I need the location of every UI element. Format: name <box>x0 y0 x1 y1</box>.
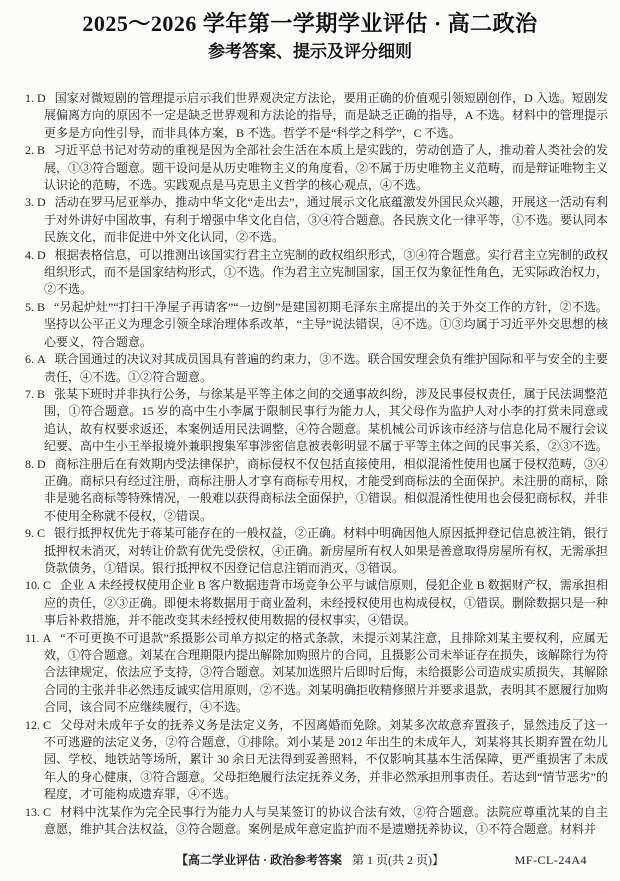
page-footer: 【高二学业评估 · 政治参考答案第 1 页(共 2 页)】 MF-CL-24A4 <box>0 852 620 868</box>
question-number: 2. <box>25 143 34 157</box>
answer-item: 10.C企业 A 未经授权使用企业 B 客户数据违背市场竞争公平与诚信原则，侵犯… <box>25 577 608 629</box>
question-number: 11. <box>25 631 40 645</box>
answer-explanation: 商标注册后在有效期内受法律保护，商标侵权不仅包括直接使用，相似混淆性使用也属于侵… <box>44 457 608 523</box>
answer-item: 11.A“不可更换不可退款”系摄影公司单方拟定的格式条款，未提示刘某注意，且排除… <box>25 630 608 717</box>
page-subtitle: 参考答案、提示及评分细则 <box>0 41 620 62</box>
question-number: 12. <box>25 718 40 732</box>
answer-letter: A <box>43 631 52 645</box>
answer-letter: D <box>37 248 46 262</box>
answer-list: 1.D国家对微短剧的管理提示启示我们世界观决定方法论，要用正确的价值观引领短剧创… <box>25 90 608 838</box>
question-number: 6. <box>25 352 34 366</box>
answer-explanation: 根据表格信息，可以推测出该国实行君主立宪制的政权组织形式，③④符合题意。实行君主… <box>44 248 608 297</box>
answer-letter: D <box>37 195 46 209</box>
footer-code: MF-CL-24A4 <box>515 852 587 868</box>
question-number: 7. <box>25 387 34 401</box>
answer-explanation: 习近平总书记对劳动的重视是因为全部社会生活在本质上是实践的，劳动创造了人，推动着… <box>44 143 608 192</box>
page-title: 2025～2026 学年第一学期学业评估 · 高二政治 <box>0 0 620 37</box>
answer-item: 7.B张某下班时并非执行公务，与徐某是平等主体之间的交通事故纠纷，涉及民事侵权责… <box>25 386 608 456</box>
question-number: 9. <box>25 526 34 540</box>
answer-letter: C <box>43 578 51 592</box>
answer-explanation: “不可更换不可退款”系摄影公司单方拟定的格式条款，未提示刘某注意，且排除刘某主要… <box>44 631 608 715</box>
answer-explanation: 联合国通过的决议对其成员国具有普遍的约束力，③不选。联合国安理会负有维护国际和平… <box>44 352 608 383</box>
question-number: 8. <box>25 457 34 471</box>
answer-letter: A <box>37 352 46 366</box>
answer-item: 1.D国家对微短剧的管理提示启示我们世界观决定方法论，要用正确的价值观引领短剧创… <box>25 90 608 142</box>
answer-explanation: 国家对微短剧的管理提示启示我们世界观决定方法论，要用正确的价值观引领短剧创作，D… <box>44 91 608 140</box>
answer-explanation: 活动在罗马尼亚举办，推动中华文化“走出去”，通过展示文化底蕴激发外国民众兴趣，开… <box>44 195 608 244</box>
answer-item: 5.B“另起炉灶”“打扫干净屋子再请客”“一边倒”是建国初期毛泽东主席提出的关于… <box>25 299 608 351</box>
question-number: 1. <box>25 91 34 105</box>
answer-explanation: 材料中沈某作为完全民事行为能力人与吴某签订的协议合法有效，②符合题意。法院应尊重… <box>44 805 608 836</box>
answer-letter: D <box>37 91 46 105</box>
answer-letter: C <box>37 526 45 540</box>
answer-item: 9.C银行抵押权优先于蒋某可能存在的一般权益，②正确。材料中明确因他人原因抵押登… <box>25 525 608 577</box>
footer-doc-title: 【高二学业评估 · 政治参考答案 <box>176 853 342 867</box>
question-number: 5. <box>25 300 34 314</box>
answer-letter: B <box>37 387 45 401</box>
answer-letter: B <box>37 300 45 314</box>
answer-explanation: 企业 A 未经授权使用企业 B 客户数据违背市场竞争公平与诚信原则，侵犯企业 B… <box>44 578 608 627</box>
answer-item: 4.D根据表格信息，可以推测出该国实行君主立宪制的政权组织形式，③④符合题意。实… <box>25 247 608 299</box>
answer-explanation: 父母对未成年子女的抚养义务是法定义务，不因离婚而免除。刘某多次故意弃置孩子，显然… <box>44 718 608 802</box>
document-page: 2025～2026 学年第一学期学业评估 · 高二政治 参考答案、提示及评分细则… <box>0 0 620 881</box>
answer-item: 3.D活动在罗马尼亚举办，推动中华文化“走出去”，通过展示文化底蕴激发外国民众兴… <box>25 194 608 246</box>
answer-item: 12.C父母对未成年子女的抚养义务是法定义务，不因离婚而免除。刘某多次故意弃置孩… <box>25 717 608 804</box>
question-number: 10. <box>25 578 40 592</box>
question-number: 3. <box>25 195 34 209</box>
answer-item: 2.B习近平总书记对劳动的重视是因为全部社会生活在本质上是实践的，劳动创造了人，… <box>25 142 608 194</box>
answer-letter: D <box>37 457 46 471</box>
answer-explanation: 张某下班时并非执行公务，与徐某是平等主体之间的交通事故纠纷，涉及民事侵权责任，属… <box>44 387 608 453</box>
answer-explanation: “另起炉灶”“打扫干净屋子再请客”“一边倒”是建国初期毛泽东主席提出的关于外交工… <box>44 300 608 349</box>
answer-item: 8.D商标注册后在有效期内受法律保护，商标侵权不仅包括直接使用，相似混淆性使用也… <box>25 456 608 526</box>
footer-page-number: 第 1 页(共 2 页)】 <box>352 853 444 867</box>
answer-letter: C <box>43 805 51 819</box>
answer-letter: C <box>43 718 51 732</box>
answer-letter: B <box>37 143 45 157</box>
answer-item: 13.C材料中沈某作为完全民事行为能力人与吴某签订的协议合法有效，②符合题意。法… <box>25 804 608 839</box>
question-number: 13. <box>25 805 40 819</box>
answer-explanation: 银行抵押权优先于蒋某可能存在的一般权益，②正确。材料中明确因他人原因抵押登记信息… <box>44 526 608 575</box>
answer-item: 6.A联合国通过的决议对其成员国具有普遍的约束力，③不选。联合国安理会负有维护国… <box>25 351 608 386</box>
question-number: 4. <box>25 248 34 262</box>
